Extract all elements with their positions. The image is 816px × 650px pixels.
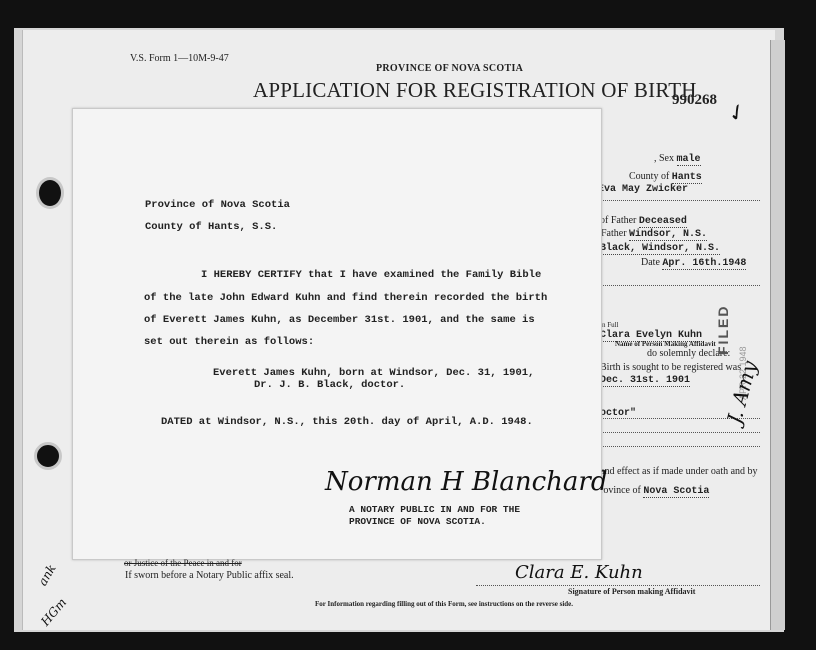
notary-certificate: Province of Nova Scotia County of Hants,… bbox=[72, 108, 602, 560]
bible-entry-line: Everett James Kuhn, born at Windsor, Dec… bbox=[213, 367, 534, 379]
registration-number: 990268 bbox=[672, 92, 717, 109]
name-in-full-label: in Full bbox=[600, 321, 618, 329]
certificate-province: Province of Nova Scotia bbox=[145, 199, 290, 211]
affiant-signature-caption: Signature of Person making Affidavit bbox=[568, 587, 695, 596]
binder-hole-bottom bbox=[34, 442, 62, 470]
sex-field: , Sex male bbox=[654, 153, 701, 165]
footer-note: For Information regarding filling out of… bbox=[315, 600, 573, 608]
certificate-county: County of Hants, S.S. bbox=[145, 221, 277, 233]
form-line bbox=[600, 200, 760, 201]
binder-hole-top bbox=[36, 177, 64, 209]
birth-date-value: Dec. 31st. 1901 bbox=[600, 375, 690, 387]
father-occupation-field: of Father Deceased bbox=[600, 215, 687, 227]
mother-maiden-name: Eva May Zwicker bbox=[598, 184, 688, 195]
seal-note: If sworn before a Notary Public affix se… bbox=[125, 570, 294, 581]
certificate-body-line: I HEREBY CERTIFY that I have examined th… bbox=[201, 269, 541, 281]
affiant-signature: Clara E. Kuhn bbox=[515, 562, 643, 583]
birth-sought-text: Birth is sought to be registered was bbox=[600, 362, 741, 373]
form-line bbox=[600, 285, 760, 286]
form-number: V.S. Form 1—10M-9-47 bbox=[130, 53, 229, 64]
page-title: APPLICATION FOR REGISTRATION OF BIRTH bbox=[253, 78, 697, 103]
county-field: County of Hants bbox=[629, 171, 702, 183]
signature-line bbox=[476, 585, 760, 586]
page-edge bbox=[770, 40, 785, 630]
certificate-body-line: of Everett James Kuhn, as December 31st.… bbox=[144, 314, 535, 326]
affiant-caption: Name of Person Making Affidavit bbox=[615, 340, 716, 348]
form-line bbox=[600, 446, 760, 447]
notary-signature: Norman H Blanchard bbox=[325, 467, 607, 497]
bible-entry-line: Dr. J. B. Black, doctor. bbox=[254, 379, 405, 391]
province-heading: PROVINCE OF NOVA SCOTIA bbox=[376, 63, 523, 74]
certificate-body-line: of the late John Edward Kuhn and find th… bbox=[144, 292, 547, 304]
oath-text: and effect as if made under oath and by bbox=[600, 466, 758, 477]
date-field: Date Apr. 16th.1948 bbox=[641, 257, 746, 269]
notary-title: PROVINCE OF NOVA SCOTIA. bbox=[349, 516, 486, 527]
justice-line: or Justice of the Peace in and for bbox=[124, 558, 242, 568]
certificate-body-line: set out therein as follows: bbox=[144, 336, 314, 348]
father-residence-field: Father Windsor, N.S. bbox=[601, 228, 707, 240]
physician-field: Black, Windsor, N.S. bbox=[600, 243, 720, 255]
certificate-dated: DATED at Windsor, N.S., this 20th. day o… bbox=[161, 416, 533, 428]
filed-stamp: FILED bbox=[715, 305, 731, 355]
notary-title: A NOTARY PUBLIC IN AND FOR THE bbox=[349, 504, 520, 515]
form-line bbox=[600, 432, 760, 433]
province-of-field: rovince of Nova Scotia bbox=[600, 485, 709, 497]
